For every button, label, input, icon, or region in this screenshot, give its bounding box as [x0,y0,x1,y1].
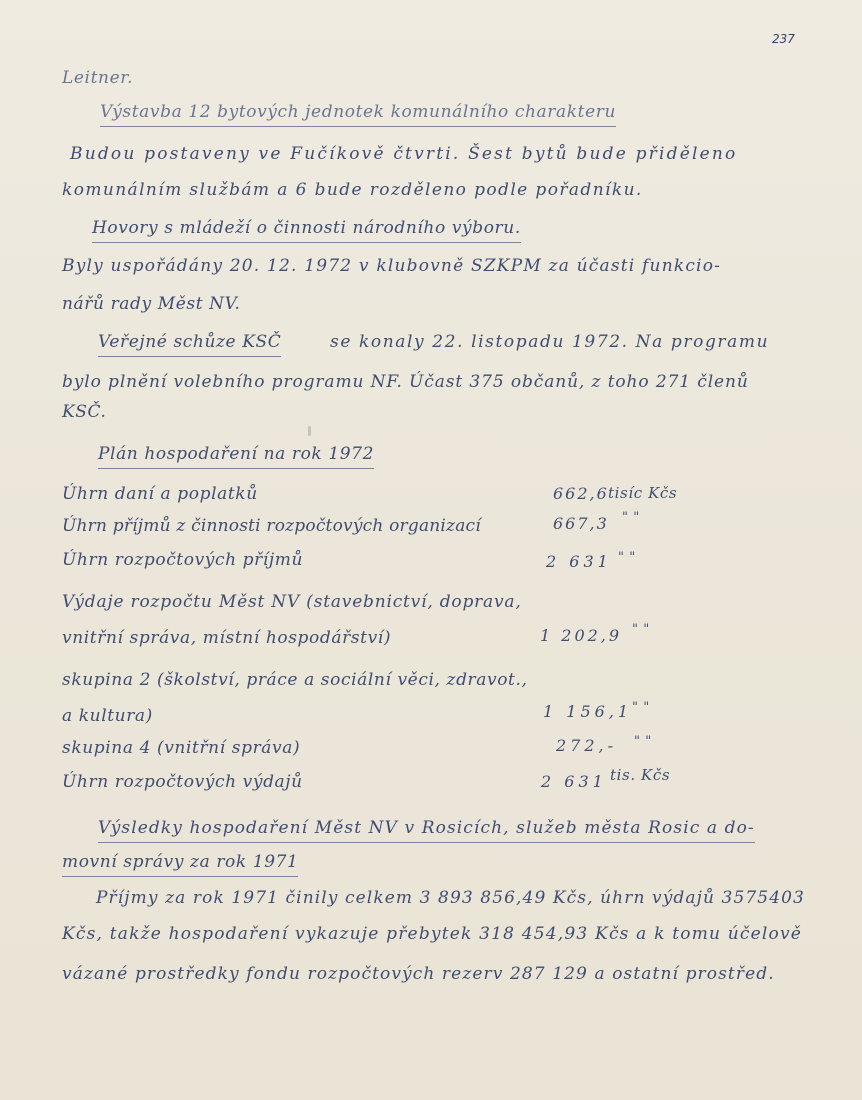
body-line: bylo plnění volebního programu NF. Účast… [62,372,749,392]
budget-row-label-cont: a kultura) [62,706,153,726]
section-heading-ksc: Veřejné schůze KSČ [98,332,281,357]
budget-row-value: 272,- [556,736,617,755]
body-line: Byly uspořádány 20. 12. 1972 v klubovně … [62,256,721,276]
results-heading: Výsledky hospodaření Měst NV v Rosicích,… [98,818,755,843]
results-heading-cont: movní správy za rok 1971 [62,852,298,877]
budget-row-value: 1 156,1 [543,702,632,721]
section-heading-youth: Hovory s mládeží o činnosti národního vý… [92,218,521,243]
budget-row-unit: " " [632,700,650,715]
section-heading-housing: Výstavba 12 bytových jednotek komunálníh… [100,102,616,127]
body-line: se konaly 22. listopadu 1972. Na program… [330,332,769,352]
budget-row-label: Úhrn rozpočtových výdajů [62,772,303,792]
budget-row-unit: tis. Kčs [610,766,670,784]
budget-row-unit: " " [634,734,652,749]
budget-row-value: 667,3 [553,514,609,533]
budget-row-unit: " " [618,550,636,565]
budget-row-label: Úhrn daní a poplatků [62,484,258,504]
body-line: Budou postaveny ve Fučíkově čtvrti. Šest… [70,144,737,164]
budget-row-label: Úhrn příjmů z činnosti rozpočtových orga… [62,516,481,536]
budget-row-label: Úhrn rozpočtových příjmů [62,550,303,570]
budget-row-label: skupina 2 (školství, práce a sociální vě… [62,670,528,690]
budget-row-label-cont: vnitřní správa, místní hospodářství) [62,628,391,648]
author-name: Leitner. [62,68,133,88]
budget-heading: Plán hospodaření na rok 1972 [98,444,374,469]
budget-row-value: 2 631 [541,772,607,791]
body-line: komunálním službám a 6 bude rozděleno po… [62,180,643,200]
page-number: 237 [772,32,795,46]
budget-row-label: skupina 4 (vnitřní správa) [62,738,300,758]
budget-row-value: 662,6 [553,484,609,503]
chronicle-page: 237 Leitner. Výstavba 12 bytových jednot… [0,0,862,1100]
budget-row-label: Výdaje rozpočtu Měst NV (stavebnictví, d… [62,592,522,612]
budget-row-unit: " " [632,622,650,637]
body-line: KSČ. [62,402,107,422]
body-line: Příjmy za rok 1971 činily celkem 3 893 8… [96,888,805,908]
body-line: vázané prostředky fondu rozpočtových rez… [62,964,775,984]
ink-blot [308,426,311,436]
budget-row-value: 1 202,9 [540,626,622,645]
budget-row-value: 2 631 [546,552,612,571]
budget-row-unit: " " [622,510,640,525]
body-line: nářů rady Měst NV. [62,294,241,314]
budget-row-unit: tisíc Kčs [608,484,677,502]
body-line: Kčs, takže hospodaření vykazuje přebytek… [62,924,802,944]
